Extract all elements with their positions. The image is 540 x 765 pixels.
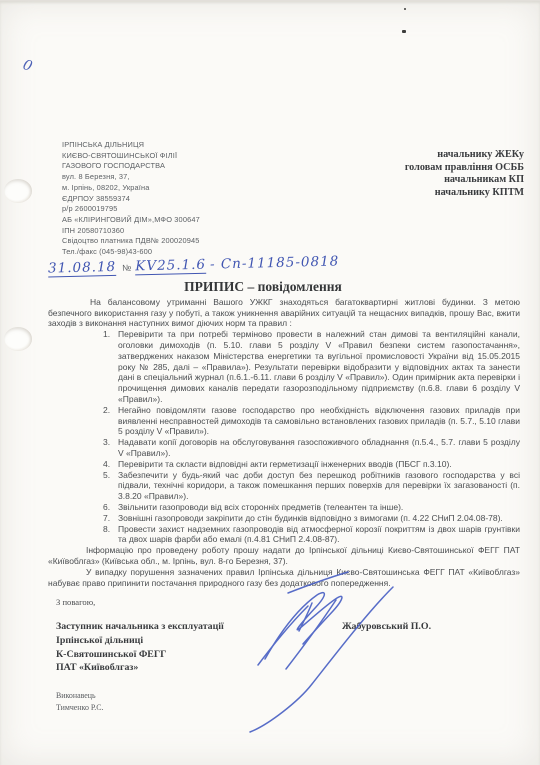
addressee-line: головам правління ОСББ <box>294 162 524 175</box>
scanned-document-page: 0 ІРПІНСЬКА ДІЛЬНИЦЯ КИЄВО-СВЯТОШИНСЬКОЇ… <box>0 0 540 765</box>
letterhead-line: КИЄВО-СВЯТОШИНСЬКОЇ ФІЛІЇ <box>62 151 277 162</box>
handwritten-doc-number: KV25.1.6 <box>135 257 206 276</box>
document-body: ПРИПИС – повідомлення На балансовому утр… <box>48 282 520 588</box>
scan-speck <box>402 30 406 33</box>
list-item: Негайно повідомляти газове господарство … <box>48 405 520 437</box>
list-item: Надавати копії договорів на обслуговуван… <box>48 437 520 459</box>
letterhead-line: Свідоцтво платника ПДВ№ 200020945 <box>62 236 277 247</box>
addressee-block: начальнику ЖЕКу головам правління ОСББ н… <box>294 149 524 199</box>
letterhead-line: ГАЗОВОГО ГОСПОДАРСТВА <box>62 161 277 172</box>
signer-position-line: Заступник начальника з експлуатації <box>56 620 306 634</box>
signer-name: Жабуровський П.О. <box>342 621 431 632</box>
letterhead-line: АБ «КЛІРИНГОВИЙ ДІМ»,МФО 300647 <box>62 215 277 226</box>
scan-speck <box>404 8 406 10</box>
punch-hole <box>4 179 32 203</box>
intro-paragraph: На балансовому утриманні Вашого УЖКГ зна… <box>48 297 520 329</box>
letterhead-line: ІПН 20580710360 <box>62 226 277 237</box>
list-item: Звільнити газопроводи від всіх сторонніх… <box>48 502 520 513</box>
addressee-line: начальнику КПТМ <box>294 187 524 200</box>
list-item: Забезпечити у будь-який час доби доступ … <box>48 470 520 502</box>
executor-block: Виконавець Тимченко Р.С. <box>56 690 104 713</box>
letterhead-line: ЄДРПОУ 38559374 <box>62 194 277 205</box>
closing-paragraph: У випадку порушення зазначених правил Ір… <box>48 567 520 589</box>
list-item: Перевірити та при потребі терміново пров… <box>48 329 520 405</box>
executor-name: Тимченко Р.С. <box>56 702 104 714</box>
signer-position-line: ПАТ «Київоблгаз» <box>56 661 306 675</box>
executor-label: Виконавець <box>56 690 104 702</box>
letterhead-line: м. Ірпінь, 08202, Україна <box>62 183 277 194</box>
handwritten-date: 31.08.18 <box>48 259 117 278</box>
closing-paragraph: Інформацію про проведену роботу прошу на… <box>48 545 520 567</box>
handwritten-doc-number-suffix: - Сп-11185-0818 <box>210 253 340 272</box>
signer-position-line: К-Святошинської ФЕГГ <box>56 648 306 662</box>
addressee-line: начальнику ЖЕКу <box>294 149 524 162</box>
letterhead-line: ІРПІНСЬКА ДІЛЬНИЦЯ <box>62 140 277 151</box>
document-title: ПРИПИС – повідомлення <box>27 282 499 293</box>
letterhead-line: вул. 8 Березня, 37, <box>62 172 277 183</box>
number-sign: № <box>122 263 131 273</box>
salutation: З повагою, <box>56 597 95 607</box>
signer-position-line: Ірпінської дільниці <box>56 634 306 648</box>
letterhead-block: ІРПІНСЬКА ДІЛЬНИЦЯ КИЄВО-СВЯТОШИНСЬКОЇ Ф… <box>62 140 277 258</box>
list-item: Провести захист надземних газопроводів в… <box>48 524 520 546</box>
list-item: Зовнішні газопроводи закріпити до стін б… <box>48 513 520 524</box>
list-item: Перевірити та скласти відповідні акти ге… <box>48 459 520 470</box>
punch-hole <box>4 327 32 351</box>
letterhead-line: р/р 2600019795 <box>62 204 277 215</box>
requirements-list: Перевірити та при потребі терміново пров… <box>48 329 520 545</box>
handwritten-zero-mark: 0 <box>21 57 34 75</box>
addressee-line: начальникам КП <box>294 174 524 187</box>
signer-position-block: Заступник начальника з експлуатації Ірпі… <box>56 620 306 675</box>
